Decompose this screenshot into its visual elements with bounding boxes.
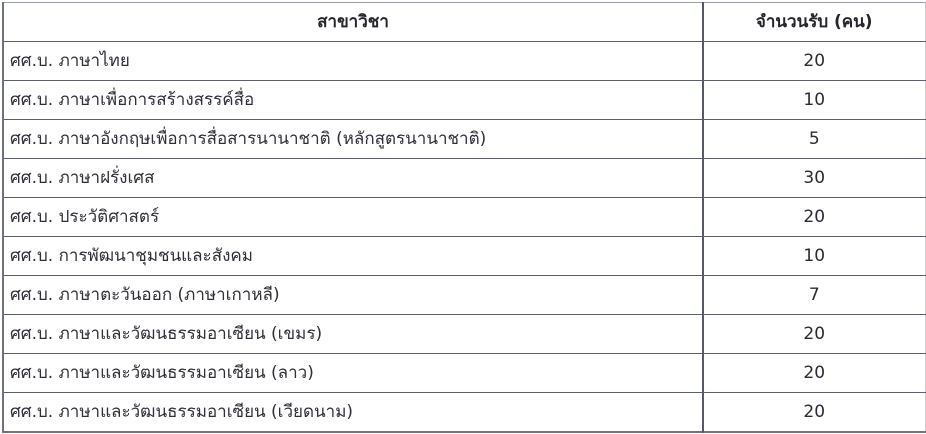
table-row: ศศ.บ. การพัฒนาชุมชนและสังคม 10 (3, 237, 925, 276)
program-name: ศศ.บ. ภาษาอังกฤษเพื่อการสื่อสารนานาชาติ … (3, 120, 703, 159)
header-program: สาขาวิชา (3, 3, 703, 42)
program-capacity: 20 (703, 354, 925, 393)
program-capacity: 20 (703, 42, 925, 81)
program-capacity: 20 (703, 198, 925, 237)
table-row: ศศ.บ. ภาษาเพื่อการสร้างสรรค์สื่อ 10 (3, 81, 925, 120)
table-row: ศศ.บ. ภาษาและวัฒนธรรมอาเซียน (ลาว) 20 (3, 354, 925, 393)
table-row: ศศ.บ. ภาษาฝรั่งเศส 30 (3, 159, 925, 198)
program-name: ศศ.บ. การพัฒนาชุมชนและสังคม (3, 237, 703, 276)
header-capacity: จำนวนรับ (คน) (703, 3, 925, 42)
program-name: ศศ.บ. ภาษาและวัฒนธรรมอาเซียน (เวียดนาม) (3, 393, 703, 433)
program-capacity: 30 (703, 159, 925, 198)
table-row: ศศ.บ. ภาษาและวัฒนธรรมอาเซียน (เวียดนาม) … (3, 393, 925, 433)
table-header-row: สาขาวิชา จำนวนรับ (คน) (3, 3, 925, 42)
program-name: ศศ.บ. ภาษาไทย (3, 42, 703, 81)
program-capacity: 10 (703, 81, 925, 120)
table-row: ศศ.บ. ภาษาตะวันออก (ภาษาเกาหลี) 7 (3, 276, 925, 315)
program-name: ศศ.บ. ภาษาและวัฒนธรรมอาเซียน (ลาว) (3, 354, 703, 393)
program-capacity: 7 (703, 276, 925, 315)
program-capacity: 20 (703, 315, 925, 354)
table-row: ศศ.บ. ภาษาไทย 20 (3, 42, 925, 81)
admission-capacity-table: สาขาวิชา จำนวนรับ (คน) ศศ.บ. ภาษาไทย 20 … (2, 2, 926, 433)
program-name: ศศ.บ. ประวัติศาสตร์ (3, 198, 703, 237)
table-row: ศศ.บ. ภาษาและวัฒนธรรมอาเซียน (เขมร) 20 (3, 315, 925, 354)
program-name: ศศ.บ. ภาษาและวัฒนธรรมอาเซียน (เขมร) (3, 315, 703, 354)
program-name: ศศ.บ. ภาษาเพื่อการสร้างสรรค์สื่อ (3, 81, 703, 120)
program-capacity: 5 (703, 120, 925, 159)
program-name: ศศ.บ. ภาษาฝรั่งเศส (3, 159, 703, 198)
table-row: ศศ.บ. ภาษาอังกฤษเพื่อการสื่อสารนานาชาติ … (3, 120, 925, 159)
program-name: ศศ.บ. ภาษาตะวันออก (ภาษาเกาหลี) (3, 276, 703, 315)
program-capacity: 10 (703, 237, 925, 276)
program-capacity: 20 (703, 393, 925, 433)
table-row: ศศ.บ. ประวัติศาสตร์ 20 (3, 198, 925, 237)
